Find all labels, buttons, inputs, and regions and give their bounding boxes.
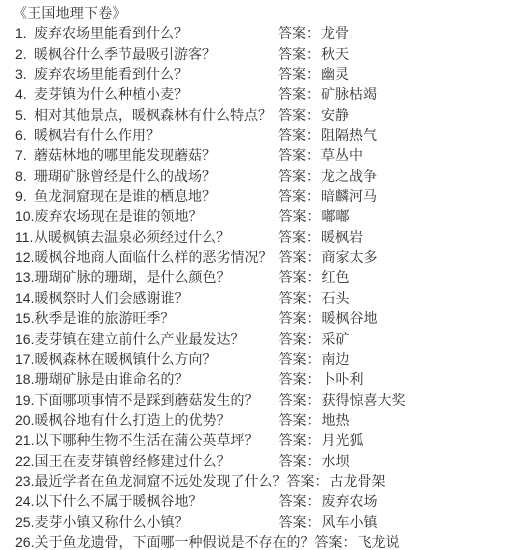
answer: 答案：嘟嘟 [278, 206, 349, 226]
answer-label: 答案： [278, 453, 320, 469]
question-number: 4. [13, 84, 34, 104]
question-text: 废弃农场现在是谁的领地？ [34, 206, 278, 226]
page-title: 《王国地理下卷》 [13, 3, 517, 23]
answer-label: 答案： [278, 392, 320, 408]
qa-row: 4. 麦芽镇为什么种植小麦？ 答案：矿脉枯竭 [13, 84, 517, 104]
qa-row: 11. 从暖枫镇去温泉必须经过什么？ 答案：暖枫岩 [13, 227, 517, 247]
question-text: 蘑菇林地的哪里能发现蘑菇？ [34, 145, 278, 165]
answer-label: 答案： [278, 249, 320, 265]
question-text: 暖枫森林在暖枫镇什么方向？ [34, 349, 278, 369]
answer-label: 答案： [278, 168, 320, 184]
qa-row: 26. 关于鱼龙遗骨，下面哪一种假说是不存在的？ 答案：飞龙说 [13, 532, 517, 550]
answer-label: 答案： [278, 107, 320, 123]
answer: 答案：卜卟利 [278, 369, 363, 389]
question-number: 11. [13, 227, 34, 247]
question-number: 18. [13, 369, 34, 389]
qa-row: 15. 秋季是谁的旅游旺季？ 答案：暖枫谷地 [13, 308, 517, 328]
answer-label: 答案： [278, 331, 320, 347]
answer-label: 答案： [278, 432, 320, 448]
answer-value: 秋天 [321, 46, 349, 62]
answer-value: 嘟嘟 [321, 208, 349, 224]
qa-row: 7. 蘑菇林地的哪里能发现蘑菇？ 答案：草丛中 [13, 145, 517, 165]
answer-value: 古龙骨架 [329, 473, 385, 489]
answer-value: 南边 [321, 351, 349, 367]
answer-label: 答案： [278, 188, 320, 204]
qa-row: 3. 废弃农场里能看到什么？ 答案：幽灵 [13, 64, 517, 84]
answer-value: 风车小镇 [321, 514, 377, 530]
qa-row: 1. 废弃农场里能看到什么？ 答案：龙骨 [13, 23, 517, 43]
question-text: 以下什么不属于暖枫谷地？ [34, 491, 278, 511]
question-number: 10. [13, 206, 34, 226]
question-number: 17. [13, 349, 34, 369]
answer: 答案：红色 [278, 267, 349, 287]
question-text: 麦芽镇为什么种植小麦？ [34, 84, 278, 104]
question-number: 21. [13, 430, 34, 450]
answer-value: 飞龙说 [357, 534, 399, 550]
answer: 答案：月光狐 [278, 430, 363, 450]
question-number: 1. [13, 23, 34, 43]
qa-row: 20. 暖枫谷地有什么打造上的优势？ 答案：地热 [13, 410, 517, 430]
answer: 答案：矿脉枯竭 [278, 84, 377, 104]
question-number: 19. [13, 390, 34, 410]
answer: 答案：风车小镇 [278, 512, 377, 532]
answer: 答案：飞龙说 [314, 532, 399, 550]
question-text: 珊瑚矿脉是由谁命名的？ [34, 369, 278, 389]
question-text: 以下哪种生物不生活在蒲公英草坪？ [34, 430, 278, 450]
question-text: 最近学者在鱼龙洞窟不远处发现了什么？ [34, 471, 286, 491]
answer-value: 龙骨 [321, 25, 349, 41]
answer-value: 幽灵 [321, 66, 349, 82]
answer: 答案：石头 [278, 288, 349, 308]
answer-value: 月光狐 [321, 432, 363, 448]
answer: 答案：龙之战争 [278, 166, 377, 186]
question-text: 下面哪项事情不是踩到蘑菇发生的？ [34, 390, 278, 410]
answer-label: 答案： [278, 493, 320, 509]
answer-value: 卜卟利 [321, 371, 363, 387]
answer-label: 答案： [278, 371, 320, 387]
answer: 答案：安静 [278, 105, 349, 125]
question-number: 15. [13, 308, 34, 328]
question-text: 暖枫谷什么季节最吸引游客？ [34, 44, 278, 64]
answer-value: 龙之战争 [321, 168, 377, 184]
answer-value: 红色 [321, 269, 349, 285]
qa-row: 23. 最近学者在鱼龙洞窟不远处发现了什么？ 答案：古龙骨架 [13, 471, 517, 491]
answer-label: 答案： [278, 46, 320, 62]
quiz-page: 《王国地理下卷》 1. 废弃农场里能看到什么？ 答案：龙骨 2. 暖枫谷什么季节… [0, 0, 517, 550]
qa-row: 12. 暖枫谷地商人面临什么样的恶劣情况？ 答案：商家太多 [13, 247, 517, 267]
question-text: 珊瑚矿脉曾经是什么的战场？ [34, 166, 278, 186]
qa-row: 10. 废弃农场现在是谁的领地？ 答案：嘟嘟 [13, 206, 517, 226]
question-text: 暖枫谷地商人面临什么样的恶劣情况？ [34, 247, 278, 267]
answer: 答案：废弃农场 [278, 491, 377, 511]
question-number: 9. [13, 186, 34, 206]
answer: 答案：南边 [278, 349, 349, 369]
answer-label: 答案： [278, 412, 320, 428]
answer: 答案：龙骨 [278, 23, 349, 43]
answer-value: 安静 [321, 107, 349, 123]
question-text: 关于鱼龙遗骨，下面哪一种假说是不存在的？ [34, 532, 314, 550]
qa-row: 9. 鱼龙洞窟现在是谁的栖息地？ 答案：暗麟河马 [13, 186, 517, 206]
qa-row: 13. 珊瑚矿脉的珊瑚，是什么颜色？ 答案：红色 [13, 267, 517, 287]
qa-row: 2. 暖枫谷什么季节最吸引游客？ 答案：秋天 [13, 44, 517, 64]
question-number: 5. [13, 105, 34, 125]
answer-label: 答案： [278, 351, 320, 367]
answer-value: 商家太多 [321, 249, 377, 265]
question-number: 12. [13, 247, 34, 267]
question-text: 暖枫岩有什么作用？ [34, 125, 278, 145]
answer: 答案：暖枫岩 [278, 227, 363, 247]
answer: 答案：获得惊喜大奖 [278, 390, 405, 410]
answer-label: 答案： [278, 269, 320, 285]
qa-list: 1. 废弃农场里能看到什么？ 答案：龙骨 2. 暖枫谷什么季节最吸引游客？ 答案… [13, 23, 517, 550]
question-text: 鱼龙洞窟现在是谁的栖息地？ [34, 186, 278, 206]
question-text: 国王在麦芽镇曾经修建过什么？ [34, 451, 278, 471]
answer-value: 暗麟河马 [321, 188, 377, 204]
answer-value: 废弃农场 [321, 493, 377, 509]
answer: 答案：地热 [278, 410, 349, 430]
answer: 答案：阻隔热气 [278, 125, 377, 145]
question-number: 6. [13, 125, 34, 145]
qa-row: 5. 相对其他景点，暖枫森林有什么特点？ 答案：安静 [13, 105, 517, 125]
answer: 答案：暗麟河马 [278, 186, 377, 206]
question-number: 14. [13, 288, 34, 308]
question-text: 秋季是谁的旅游旺季？ [34, 308, 278, 328]
answer-value: 矿脉枯竭 [321, 86, 377, 102]
question-text: 麦芽镇在建立前什么产业最发达？ [34, 329, 278, 349]
answer: 答案：草丛中 [278, 145, 363, 165]
answer: 答案：商家太多 [278, 247, 377, 267]
qa-row: 24. 以下什么不属于暖枫谷地？ 答案：废弃农场 [13, 491, 517, 511]
answer-label: 答案： [278, 86, 320, 102]
answer-value: 暖枫岩 [321, 229, 363, 245]
question-text: 珊瑚矿脉的珊瑚，是什么颜色？ [34, 267, 278, 287]
question-number: 24. [13, 491, 34, 511]
answer: 答案：古龙骨架 [286, 471, 385, 491]
question-number: 8. [13, 166, 34, 186]
answer-value: 阻隔热气 [321, 127, 377, 143]
answer-label: 答案： [278, 25, 320, 41]
question-number: 2. [13, 44, 34, 64]
answer-value: 石头 [321, 290, 349, 306]
answer-label: 答案： [278, 229, 320, 245]
answer-value: 暖枫谷地 [321, 310, 377, 326]
qa-row: 14. 暖枫祭时人们会感谢谁？ 答案：石头 [13, 288, 517, 308]
answer: 答案：水坝 [278, 451, 349, 471]
qa-row: 8. 珊瑚矿脉曾经是什么的战场？ 答案：龙之战争 [13, 166, 517, 186]
answer-value: 获得惊喜大奖 [321, 392, 405, 408]
answer-label: 答案： [278, 514, 320, 530]
question-text: 暖枫祭时人们会感谢谁？ [34, 288, 278, 308]
answer: 答案：幽灵 [278, 64, 349, 84]
answer-value: 采矿 [321, 331, 349, 347]
question-number: 20. [13, 410, 34, 430]
question-number: 25. [13, 512, 34, 532]
question-text: 相对其他景点，暖枫森林有什么特点？ [34, 105, 278, 125]
qa-row: 16. 麦芽镇在建立前什么产业最发达？ 答案：采矿 [13, 329, 517, 349]
question-text: 麦芽小镇又称什么小镇？ [34, 512, 278, 532]
answer-label: 答案： [278, 310, 320, 326]
question-number: 22. [13, 451, 34, 471]
qa-row: 25. 麦芽小镇又称什么小镇？ 答案：风车小镇 [13, 512, 517, 532]
answer-label: 答案： [278, 147, 320, 163]
qa-row: 21. 以下哪种生物不生活在蒲公英草坪？ 答案：月光狐 [13, 430, 517, 450]
qa-row: 18. 珊瑚矿脉是由谁命名的？ 答案：卜卟利 [13, 369, 517, 389]
question-number: 26. [13, 532, 34, 550]
qa-row: 19. 下面哪项事情不是踩到蘑菇发生的？ 答案：获得惊喜大奖 [13, 390, 517, 410]
question-text: 从暖枫镇去温泉必须经过什么？ [34, 227, 278, 247]
answer-label: 答案： [278, 208, 320, 224]
answer-label: 答案： [278, 290, 320, 306]
answer: 答案：采矿 [278, 329, 349, 349]
answer-label: 答案： [278, 127, 320, 143]
question-text: 废弃农场里能看到什么？ [34, 64, 278, 84]
question-number: 16. [13, 329, 34, 349]
question-number: 7. [13, 145, 34, 165]
question-number: 13. [13, 267, 34, 287]
question-number: 3. [13, 64, 34, 84]
answer-value: 地热 [321, 412, 349, 428]
qa-row: 22. 国王在麦芽镇曾经修建过什么？ 答案：水坝 [13, 451, 517, 471]
answer: 答案：秋天 [278, 44, 349, 64]
answer-label: 答案： [314, 534, 356, 550]
qa-row: 6. 暖枫岩有什么作用？ 答案：阻隔热气 [13, 125, 517, 145]
question-number: 23. [13, 471, 34, 491]
question-text: 废弃农场里能看到什么？ [34, 23, 278, 43]
qa-row: 17. 暖枫森林在暖枫镇什么方向？ 答案：南边 [13, 349, 517, 369]
answer-value: 水坝 [321, 453, 349, 469]
answer-label: 答案： [286, 473, 328, 489]
answer-value: 草丛中 [321, 147, 363, 163]
question-text: 暖枫谷地有什么打造上的优势？ [34, 410, 278, 430]
answer: 答案：暖枫谷地 [278, 308, 377, 328]
answer-label: 答案： [278, 66, 320, 82]
